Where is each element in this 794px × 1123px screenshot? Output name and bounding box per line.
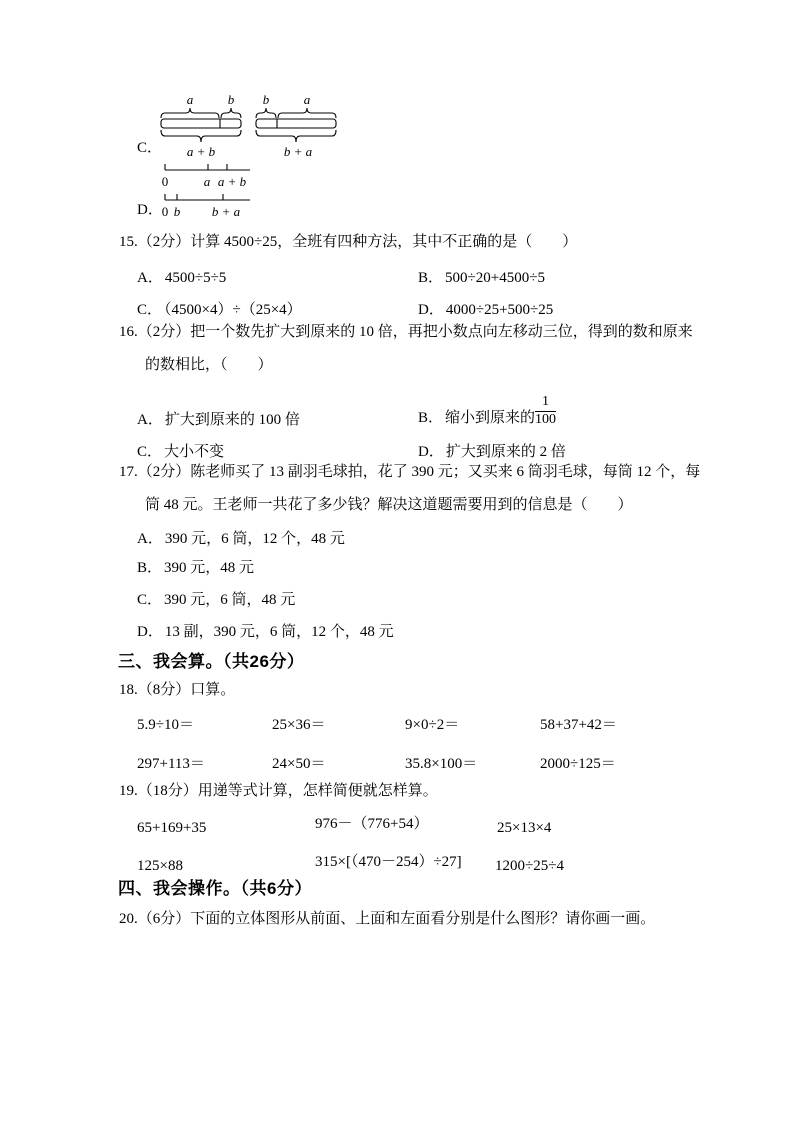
option-label: C． [137,302,162,318]
q16-option-a: A．扩大到原来的 100 倍 [137,411,300,430]
q18-item: 297+113＝ [137,755,205,774]
diagram-label-b-right: b [263,92,270,107]
number-line-1-shapes [165,164,250,170]
q14-option-c-label: C． [137,139,162,158]
q18-item: 35.8×100＝ [405,755,477,774]
q17-option-b: B．390 元，48 元 [137,559,254,578]
number-line-2-shapes [165,194,250,200]
option-label: D． [418,444,444,460]
option-text: （4500×4）÷（25×4） [164,302,302,318]
option-label: C． [137,592,162,608]
nl2-b-label: b [174,204,181,219]
q19-item: 125×88 [137,857,183,876]
q14-number-line-2: 0 b b + a [160,192,260,224]
fraction-denominator: 100 [535,412,556,428]
nl1-ab-label: a + b [218,174,247,189]
bar-diagram-shapes [161,108,336,142]
option-label: A． [137,270,163,286]
q15-option-a: A．4500÷5÷5 [137,269,226,288]
q15-option-b: B．500÷20+4500÷5 [418,269,545,288]
q19-item: 315×[（470－254）÷27] [315,853,462,872]
option-text: 390 元，6 筒，48 元 [164,592,295,608]
option-label: A． [137,412,163,428]
q16-option-c: C．大小不变 [137,443,224,462]
option-label: D． [137,624,163,640]
q16-option-b: B．缩小到原来的1100 [418,395,556,427]
option-text: 390 元，48 元 [164,560,254,576]
nl2-ba-label: b + a [212,204,241,219]
q20-stem: 20.（6分）下面的立体图形从前面、上面和左面看分别是什么图形？请你画一画。 [119,910,655,929]
q18-item: 25×36＝ [272,716,325,735]
q19-item: 65+169+35 [137,819,206,838]
diagram-label-b-plus-a: b + a [284,144,313,159]
diagram-label-b-left: b [228,92,235,107]
q14-option-d-label: D． [137,201,163,220]
q19-item: 25×13×4 [497,819,551,838]
q19-stem: 19.（18分）用递等式计算，怎样简便就怎样算。 [119,782,438,801]
q14-number-line-1: 0 a a + b [160,160,260,192]
q17-option-d: D．13 副，390 元，6 筒，12 个，48 元 [137,623,394,642]
fraction-numerator: 1 [535,395,556,412]
q17-stem-line1: 17.（2分）陈老师买了 13 副羽毛球拍，花了 390 元；又买来 6 筒羽毛… [119,463,700,482]
option-text: 13 副，390 元，6 筒，12 个，48 元 [165,624,394,640]
q18-item: 5.9÷10＝ [137,716,194,735]
option-text: 500÷20+4500÷5 [445,270,545,286]
option-text: 扩大到原来的 100 倍 [165,412,300,428]
option-text: 扩大到原来的 2 倍 [446,444,566,460]
q18-stem: 18.（8分）口算。 [119,681,235,700]
exam-paper-page: a b b a a + b b + a C． 0 a a + b D． 0 b … [0,0,794,1123]
q17-option-a: A．390 元，6 筒，12 个，48 元 [137,530,345,549]
q15-option-c: C．（4500×4）÷（25×4） [137,301,302,320]
q15-option-d: D．4000÷25+500÷25 [418,301,553,320]
q15-stem: 15.（2分）计算 4500÷25，全班有四种方法，其中不正确的是（ ） [119,233,577,252]
q16-stem-line2: 的数相比，（ ） [145,356,273,375]
nl2-origin-label: 0 [162,204,169,219]
q17-stem-line2: 筒 48 元。王老师一共花了多少钱？解决这道题需要用到的信息是（ ） [145,496,633,515]
q16-stem-line1: 16.（2分）把一个数先扩大到原来的 10 倍，再把小数点向左移动三位，得到的数… [119,323,693,342]
option-text: 4000÷25+500÷25 [446,302,553,318]
option-text: 390 元，6 筒，12 个，48 元 [165,531,345,547]
option-text: 缩小到原来的 [445,409,535,428]
q19-item: 1200÷25÷4 [495,857,564,876]
option-label: B． [418,270,443,286]
q18-item: 24×50＝ [272,755,325,774]
q19-item: 976－（776+54） [315,815,428,834]
option-label: A． [137,531,163,547]
section-3-title: 三、我会算。（共26分） [118,651,304,672]
q18-item: 2000÷125＝ [540,755,616,774]
diagram-label-a-right: a [304,92,311,107]
option-text: 大小不变 [164,444,224,460]
nl1-a-label: a [204,174,211,189]
q17-option-c: C．390 元，6 筒，48 元 [137,591,295,610]
diagram-label-a-left: a [187,92,194,107]
nl1-origin-label: 0 [162,174,169,189]
diagram-label-a-plus-b: a + b [187,144,216,159]
q18-item: 58+37+42＝ [540,716,617,735]
option-label: B． [137,560,162,576]
q18-item: 9×0÷2＝ [405,716,459,735]
option-label: D． [418,302,444,318]
fraction-1-over-100: 1100 [535,395,556,427]
option-label: C． [137,444,162,460]
section-4-title: 四、我会操作。（共6分） [118,878,312,899]
q16-option-d: D．扩大到原来的 2 倍 [418,443,566,462]
option-label: B． [418,409,443,428]
option-text: 4500÷5÷5 [165,270,226,286]
